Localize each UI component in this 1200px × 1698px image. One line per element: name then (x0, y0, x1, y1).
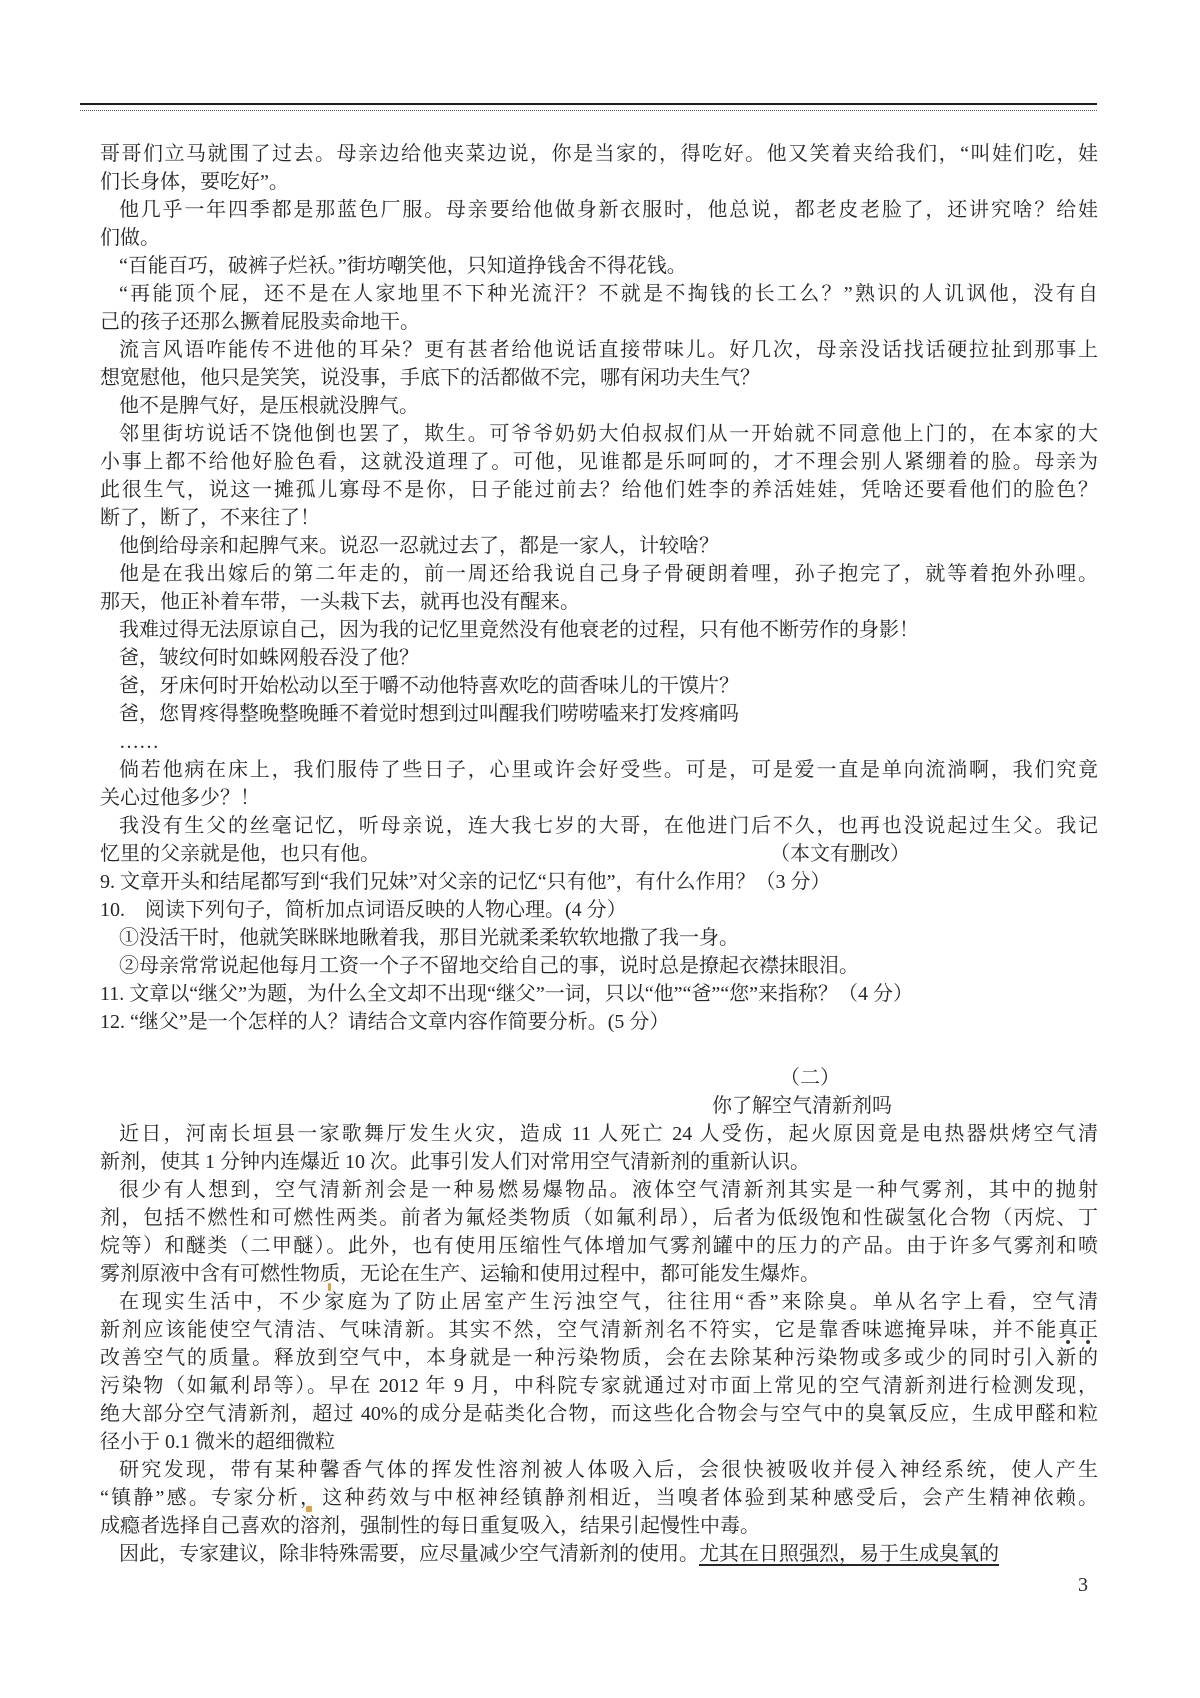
text-line: …… (100, 728, 1098, 756)
text-line: 爸，皱纹何时如蛛网般吞没了他？ (100, 644, 1098, 672)
text-line: 绝大部分空气清新剂，超过 40%的成分是萜类化合物，而这些化合物会与空气中的臭氧… (100, 1400, 1098, 1428)
text-line: 断了，断了，不来往了！ (100, 504, 1098, 532)
header-rule (80, 103, 1097, 111)
text-line: 此很生气，说这一摊孤儿寡母不是你，日子能过前去？给他们姓李的养活娃娃，凭啥还要看… (100, 476, 1098, 504)
text-segment: “百能百巧，破裤子烂袄。”街坊嘲笑他，只知道挣钱舍不得花钱。 (119, 255, 687, 277)
text-segment: 那天，他正补着车带，一头栽下去，就再也没有醒来。 (100, 591, 580, 613)
page-number: 3 (1078, 1574, 1088, 1597)
text-segment: “再能顶个屁，还不是在人家地里不下种光流汗？不就是不掏钱的长工么？”熟识的人讥讽… (119, 283, 1098, 305)
text-segment: 研究发现，带有某种馨香气体的挥发性溶剂被人体吸入后，会很快被吸收并侵入神经系统，… (119, 1459, 1098, 1481)
text-segment: 爸，您胃疼得整晚整晚睡不着觉时想到过叫醒我们唠唠嗑来打发疼痛吗 (119, 703, 739, 725)
text-line: 们长身体，要吃好”。 (100, 168, 1098, 196)
text-segment: 成瘾者选择自己喜欢的溶剂，强制性的每日重复吸入，结果引起慢性中毒。 (100, 1515, 760, 1537)
text-segment: 他不是脾气好，是压根就没脾气。 (119, 395, 419, 417)
text-segment: （二） (780, 1067, 840, 1089)
text-segment: 关心过他多少？！ (100, 787, 260, 809)
text-line: 在现实生活中，不少家庭为了防止居室产生污浊空气，往往用“香”来除臭。单从名字上看… (100, 1288, 1098, 1316)
essay1-body: 哥哥们立马就围了过去。母亲边给他夹菜边说，你是当家的，得吃好。他又笑着夹给我们，… (100, 140, 1098, 868)
source-note: （本文有删改） (780, 843, 910, 865)
text-line: 新剂应该能使空气清洁、气味清新。其实不然，空气清新剂名不符实，它是靠香味遮掩异味… (100, 1316, 1098, 1344)
essay2: （二）你了解空气清新剂吗近日，河南长垣县一家歌舞厅发生火灾，造成 11 人死亡 … (100, 1036, 1098, 1568)
underlined-text: 尤其在日照强烈，易于生成臭氧的 (699, 1543, 999, 1565)
text-segment: 污染物（如氟利昂等）。早在 2012 年 9 月，中科院专家就通过对市面上常见的… (100, 1375, 1098, 1397)
text-line: 我没有生父的丝毫记忆，听母亲说，连大我七岁的大哥，在他进门后不久，也再也没说起过… (100, 812, 1098, 840)
document-page: 哥哥们立马就围了过去。母亲边给他夹菜边说，你是当家的，得吃好。他又笑着夹给我们，… (0, 0, 1200, 1698)
text-line: 想宽慰他，他只是笑笑，说没事，手底下的活都做不完，哪有闲功夫生气？ (100, 364, 1098, 392)
text-line: 雾剂原液中含有可燃性物质，无论在生产、运输和使用过程中，都可能发生爆炸。 (100, 1260, 1098, 1288)
text-line: 倘若他病在床上，我们服侍了些日子，心里或许会好受些。可是，可是爱一直是单向流淌啊… (100, 756, 1098, 784)
text-segment: 他几乎一年四季都是那蓝色厂服。母亲要给他做身新衣服时，他总说，都老皮老脸了，还讲… (119, 199, 1098, 221)
text-line: 成瘾者选择自己喜欢的溶剂，强制性的每日重复吸入，结果引起慢性中毒。 (100, 1512, 1098, 1540)
text-line: “镇静”感。专家分析，这种药效与中枢神经镇静剂相近，当嗅者体验到某种感受后，会产… (100, 1484, 1098, 1512)
text-segment: 邻里街坊说话不饶他倒也罢了，欺生。可爷爷奶奶大伯叔叔们从一开始就不同意他上门的，… (119, 423, 1098, 445)
text-segment: 倘若他病在床上，我们服侍了些日子，心里或许会好受些。可是，可是爱一直是单向流淌啊… (119, 759, 1098, 781)
text-line: 你了解空气清新剂吗 (100, 1092, 1098, 1120)
text-segment: ②母亲常常说起他每月工资一个子不留地交给自己的事，说时总是撩起衣襟抹眼泪。 (119, 955, 859, 977)
text-line: “百能百巧，破裤子烂袄。”街坊嘲笑他，只知道挣钱舍不得花钱。 (100, 252, 1098, 280)
text-segment: 径小于 0.1 微米的超细微粒 (100, 1431, 335, 1453)
text-segment: 绝大部分空气清新剂，超过 40%的成分是萜类化合物，而这些化合物会与空气中的臭氧… (100, 1403, 1098, 1425)
emphasis-dotted-char: 真 (1058, 1316, 1078, 1344)
text-line: （二） (100, 1064, 1098, 1092)
text-line: 他倒给母亲和起脾气来。说忍一忍就过去了，都是一家人，计较啥？ (100, 532, 1098, 560)
text-segment: ①没活干时，他就笑眯眯地瞅着我，那目光就柔柔软软地撒了我一身。 (119, 927, 739, 949)
text-line: 流言风语咋能传不进他的耳朵？更有甚者给他说话直接带味儿。好几次，母亲没话找话硬拉… (100, 336, 1098, 364)
text-line: ①没活干时，他就笑眯眯地瞅着我，那目光就柔柔软软地撒了我一身。 (100, 924, 1098, 952)
text-block: 哥哥们立马就围了过去。母亲边给他夹菜边说，你是当家的，得吃好。他又笑着夹给我们，… (100, 140, 1098, 1568)
text-segment: 忆里的父亲就是他，也只有他。 (100, 843, 380, 865)
text-line: 11. 文章以“继父”为题，为什么全文却不出现“继父”一词，只以“他”“爸”“您… (100, 980, 1098, 1008)
text-line: 们做。 (100, 224, 1098, 252)
text-line: 小事上都不给他好脸色看，这就没道理了。可他，见谁都是乐呵呵的，才不理会别人紧绷着… (100, 448, 1098, 476)
text-segment: 改善空气的质量。释放到空气中，本身就是一种污染物质，会在去除某种污染物或多或少的… (100, 1347, 1098, 1369)
text-segment: 11. 文章以“继父”为题，为什么全文却不出现“继父”一词，只以“他”“爸”“您… (100, 983, 913, 1005)
blank-line (100, 1036, 1098, 1064)
text-line: 忆里的父亲就是他，也只有他。（本文有删改） (100, 840, 1098, 868)
text-segment: 12. “继父”是一个怎样的人？请结合文章内容作简要分析。(5 分） (100, 1011, 669, 1033)
text-segment: 流言风语咋能传不进他的耳朵？更有甚者给他说话直接带味儿。好几次，母亲没话找话硬拉… (119, 339, 1098, 361)
stray-ink-mark (328, 1283, 331, 1291)
text-segment: 10. 阅读下列句子，简析加点词语反映的人物心理。(4 分） (100, 899, 627, 921)
text-line: 爸，牙床何时开始松动以至于嚼不动他特喜欢吃的茴香味儿的干馍片？ (100, 672, 1098, 700)
text-line: 近日，河南长垣县一家歌舞厅发生火灾，造成 11 人死亡 24 人受伤，起火原因竟… (100, 1120, 1098, 1148)
text-segment: 们长身体，要吃好”。 (100, 171, 289, 193)
text-line: 剂，包括不燃性和可燃性两类。前者为氟烃类物质（如氟利昂），后者为低级饱和性碳氢化… (100, 1204, 1098, 1232)
text-line: ②母亲常常说起他每月工资一个子不留地交给自己的事，说时总是撩起衣襟抹眼泪。 (100, 952, 1098, 980)
text-line: 他是在我出嫁后的第二年走的，前一周还给我说自己身子骨硬朗着哩，孙子抱完了，就等着… (100, 560, 1098, 588)
text-line: 改善空气的质量。释放到空气中，本身就是一种污染物质，会在去除某种污染物或多或少的… (100, 1344, 1098, 1372)
text-line: 研究发现，带有某种馨香气体的挥发性溶剂被人体吸入后，会很快被吸收并侵入神经系统，… (100, 1456, 1098, 1484)
text-segment: 哥哥们立马就围了过去。母亲边给他夹菜边说，你是当家的，得吃好。他又笑着夹给我们，… (100, 143, 1098, 165)
text-segment: 新剂应该能使空气清洁、气味清新。其实不然，空气清新剂名不符实，它是靠香味遮掩异味… (100, 1319, 1058, 1341)
text-segment: “镇静”感。专家分析，这种药效与中枢神经镇静剂相近，当嗅者体验到某种感受后，会产… (100, 1487, 1098, 1509)
text-line: 新剂，使其 1 分钟内连爆近 10 次。此事引发人们对常用空气清新剂的重新认识。 (100, 1148, 1098, 1176)
text-line: 10. 阅读下列句子，简析加点词语反映的人物心理。(4 分） (100, 896, 1098, 924)
text-line: 污染物（如氟利昂等）。早在 2012 年 9 月，中科院专家就通过对市面上常见的… (100, 1372, 1098, 1400)
text-line: 12. “继父”是一个怎样的人？请结合文章内容作简要分析。(5 分） (100, 1008, 1098, 1036)
text-segment: 己的孩子还那么撅着屁股卖命地干。 (100, 311, 420, 333)
text-line: “再能顶个屁，还不是在人家地里不下种光流汗？不就是不掏钱的长工么？”熟识的人讥讽… (100, 280, 1098, 308)
text-segment: 们做。 (100, 227, 160, 249)
text-segment: 想宽慰他，他只是笑笑，说没事，手底下的活都做不完，哪有闲功夫生气？ (100, 367, 760, 389)
text-line: 因此，专家建议，除非特殊需要，应尽量减少空气清新剂的使用。尤其在日照强烈，易于生… (100, 1540, 1098, 1568)
text-segment: 雾剂原液中含有可燃性物质，无论在生产、运输和使用过程中，都可能发生爆炸。 (100, 1263, 820, 1285)
text-segment: 在现实生活中，不少家庭为了防止居室产生污浊空气，往往用“香”来除臭。单从名字上看… (119, 1291, 1098, 1313)
text-segment: 你了解空气清新剂吗 (712, 1095, 892, 1117)
text-line: 己的孩子还那么撅着屁股卖命地干。 (100, 308, 1098, 336)
text-segment: 爸，牙床何时开始松动以至于嚼不动他特喜欢吃的茴香味儿的干馍片？ (119, 675, 739, 697)
text-segment: 此很生气，说这一摊孤儿寡母不是你，日子能过前去？给他们姓李的养活娃娃，凭啥还要看… (100, 479, 1098, 501)
text-line: 9. 文章开头和结尾都写到“我们兄妹”对父亲的记忆“只有他”，有什么作用？（3 … (100, 868, 1098, 896)
text-segment: 小事上都不给他好脸色看，这就没道理了。可他，见谁都是乐呵呵的，才不理会别人紧绷着… (100, 451, 1098, 473)
text-segment: 近日，河南长垣县一家歌舞厅发生火灾，造成 11 人死亡 24 人受伤，起火原因竟… (119, 1123, 1098, 1145)
text-line: 他不是脾气好，是压根就没脾气。 (100, 392, 1098, 420)
text-segment: 因此，专家建议，除非特殊需要，应尽量减少空气清新剂的使用。 (119, 1543, 699, 1565)
text-line: 爸，您胃疼得整晚整晚睡不着觉时想到过叫醒我们唠唠嗑来打发疼痛吗 (100, 700, 1098, 728)
text-segment: 9. 文章开头和结尾都写到“我们兄妹”对父亲的记忆“只有他”，有什么作用？（3 … (100, 871, 831, 893)
text-line: 哥哥们立马就围了过去。母亲边给他夹菜边说，你是当家的，得吃好。他又笑着夹给我们，… (100, 140, 1098, 168)
text-segment: 很少有人想到，空气清新剂会是一种易燃易爆物品。液体空气清新剂其实是一种气雾剂，其… (119, 1179, 1098, 1201)
text-line: 径小于 0.1 微米的超细微粒 (100, 1428, 1098, 1456)
text-segment: 新剂，使其 1 分钟内连爆近 10 次。此事引发人们对常用空气清新剂的重新认识。 (100, 1151, 810, 1173)
text-segment: 剂，包括不燃性和可燃性两类。前者为氟烃类物质（如氟利昂），后者为低级饱和性碳氢化… (100, 1207, 1098, 1229)
emphasis-dotted-char: 正 (1078, 1316, 1098, 1344)
text-segment: 烷等）和醚类（二甲醚）。此外，也有使用压缩性气体增加气雾剂罐中的压力的产品。由于… (100, 1235, 1098, 1257)
text-line: 关心过他多少？！ (100, 784, 1098, 812)
text-line: 那天，他正补着车带，一头栽下去，就再也没有醒来。 (100, 588, 1098, 616)
text-segment: 他是在我出嫁后的第二年走的，前一周还给我说自己身子骨硬朗着哩，孙子抱完了，就等着… (119, 563, 1098, 585)
text-segment: 我难过得无法原谅自己，因为我的记忆里竟然没有他衰老的过程，只有他不断劳作的身影！ (119, 619, 919, 641)
stray-ink-mark (306, 1506, 312, 1512)
essay1-questions: 9. 文章开头和结尾都写到“我们兄妹”对父亲的记忆“只有他”，有什么作用？（3 … (100, 868, 1098, 1036)
text-line: 他几乎一年四季都是那蓝色厂服。母亲要给他做身新衣服时，他总说，都老皮老脸了，还讲… (100, 196, 1098, 224)
text-segment: 我没有生父的丝毫记忆，听母亲说，连大我七岁的大哥，在他进门后不久，也再也没说起过… (119, 815, 1098, 837)
text-segment: …… (119, 731, 159, 753)
text-segment: 爸，皱纹何时如蛛网般吞没了他？ (119, 647, 419, 669)
text-segment: 他倒给母亲和起脾气来。说忍一忍就过去了，都是一家人，计较啥？ (119, 535, 719, 557)
text-line: 很少有人想到，空气清新剂会是一种易燃易爆物品。液体空气清新剂其实是一种气雾剂，其… (100, 1176, 1098, 1204)
text-line: 我难过得无法原谅自己，因为我的记忆里竟然没有他衰老的过程，只有他不断劳作的身影！ (100, 616, 1098, 644)
text-line: 邻里街坊说话不饶他倒也罢了，欺生。可爷爷奶奶大伯叔叔们从一开始就不同意他上门的，… (100, 420, 1098, 448)
text-segment: 断了，断了，不来往了！ (100, 507, 320, 529)
text-line: 烷等）和醚类（二甲醚）。此外，也有使用压缩性气体增加气雾剂罐中的压力的产品。由于… (100, 1232, 1098, 1260)
